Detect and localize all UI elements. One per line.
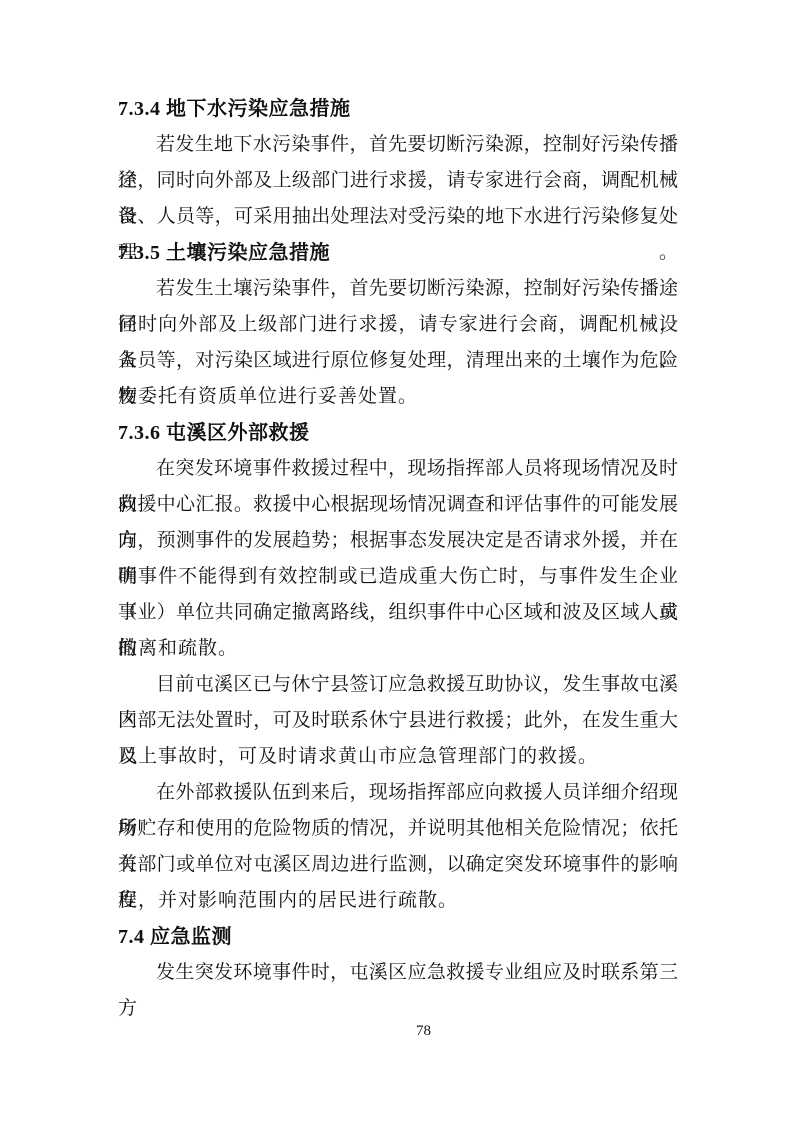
text-line: 径，同时向外部及上级部门进行求援，请专家进行会商，调配机械设 — [118, 163, 678, 199]
text-line: 目前屯溪区已与休宁县签订应急救援互助协议，发生事故屯溪区 — [118, 667, 678, 703]
text-line: 同时向外部及上级部门进行求援，请专家进行会商，调配机械设备、 — [118, 307, 678, 343]
page-body: 7.3.4 地下水污染应急措施 若发生地下水污染事件，首先要切断污染源，控制好污… — [118, 91, 678, 991]
text-line: 确事件不能得到有效控制或已造成重大伤亡时，与事件发生企业（或 — [118, 559, 678, 595]
section-heading-7-3-4: 7.3.4 地下水污染应急措施 — [118, 91, 678, 127]
text-line: 备、人员等，可采用抽出处理法对受污染的地下水进行污染修复处理。 — [118, 199, 678, 235]
page-number: 78 — [54, 1022, 793, 1040]
text-line: 内部无法处置时，可及时联系休宁县进行救援；此外，在发生重大及 — [118, 703, 678, 739]
text-line: 以上事故时，可及时请求黄山市应急管理部门的救援。 — [118, 739, 678, 775]
text-line: 所贮存和使用的危险物质的情况，并说明其他相关危险情况；依托有 — [118, 811, 678, 847]
text-line: 物委托有资质单位进行妥善处置。 — [118, 379, 678, 415]
text-line: 事业）单位共同确定撤离路线，组织事件中心区域和波及区域人员的 — [118, 595, 678, 631]
text-line: 关部门或单位对屯溪区周边进行监测，以确定突发环境事件的影响程 — [118, 847, 678, 883]
section-heading-7-4: 7.4 应急监测 — [118, 919, 678, 955]
text-line: 若发生地下水污染事件，首先要切断污染源，控制好污染传播途 — [118, 127, 678, 163]
text-line: 度，并对影响范围内的居民进行疏散。 — [118, 883, 678, 919]
section-heading-7-3-6: 7.3.6 屯溪区外部救援 — [118, 415, 678, 451]
text-line: 人员等，对污染区域进行原位修复处理，清理出来的土壤作为危险废 — [118, 343, 678, 379]
text-line: 发生突发环境事件时，屯溪区应急救援专业组应及时联系第三方 — [118, 955, 678, 991]
text-line: 若发生土壤污染事件，首先要切断污染源，控制好污染传播途径， — [118, 271, 678, 307]
text-line: 撤离和疏散。 — [118, 631, 678, 667]
text-line: 救援中心汇报。救援中心根据现场情况调查和评估事件的可能发展方 — [118, 487, 678, 523]
text-line: 在外部救援队伍到来后，现场指挥部应向救援人员详细介绍现场 — [118, 775, 678, 811]
text-line: 向，预测事件的发展趋势；根据事态发展决定是否请求外援，并在明 — [118, 523, 678, 559]
document-page: 7.3.4 地下水污染应急措施 若发生地下水污染事件，首先要切断污染源，控制好污… — [0, 0, 793, 1122]
text-line: 在突发环境事件救援过程中，现场指挥部人员将现场情况及时向 — [118, 451, 678, 487]
